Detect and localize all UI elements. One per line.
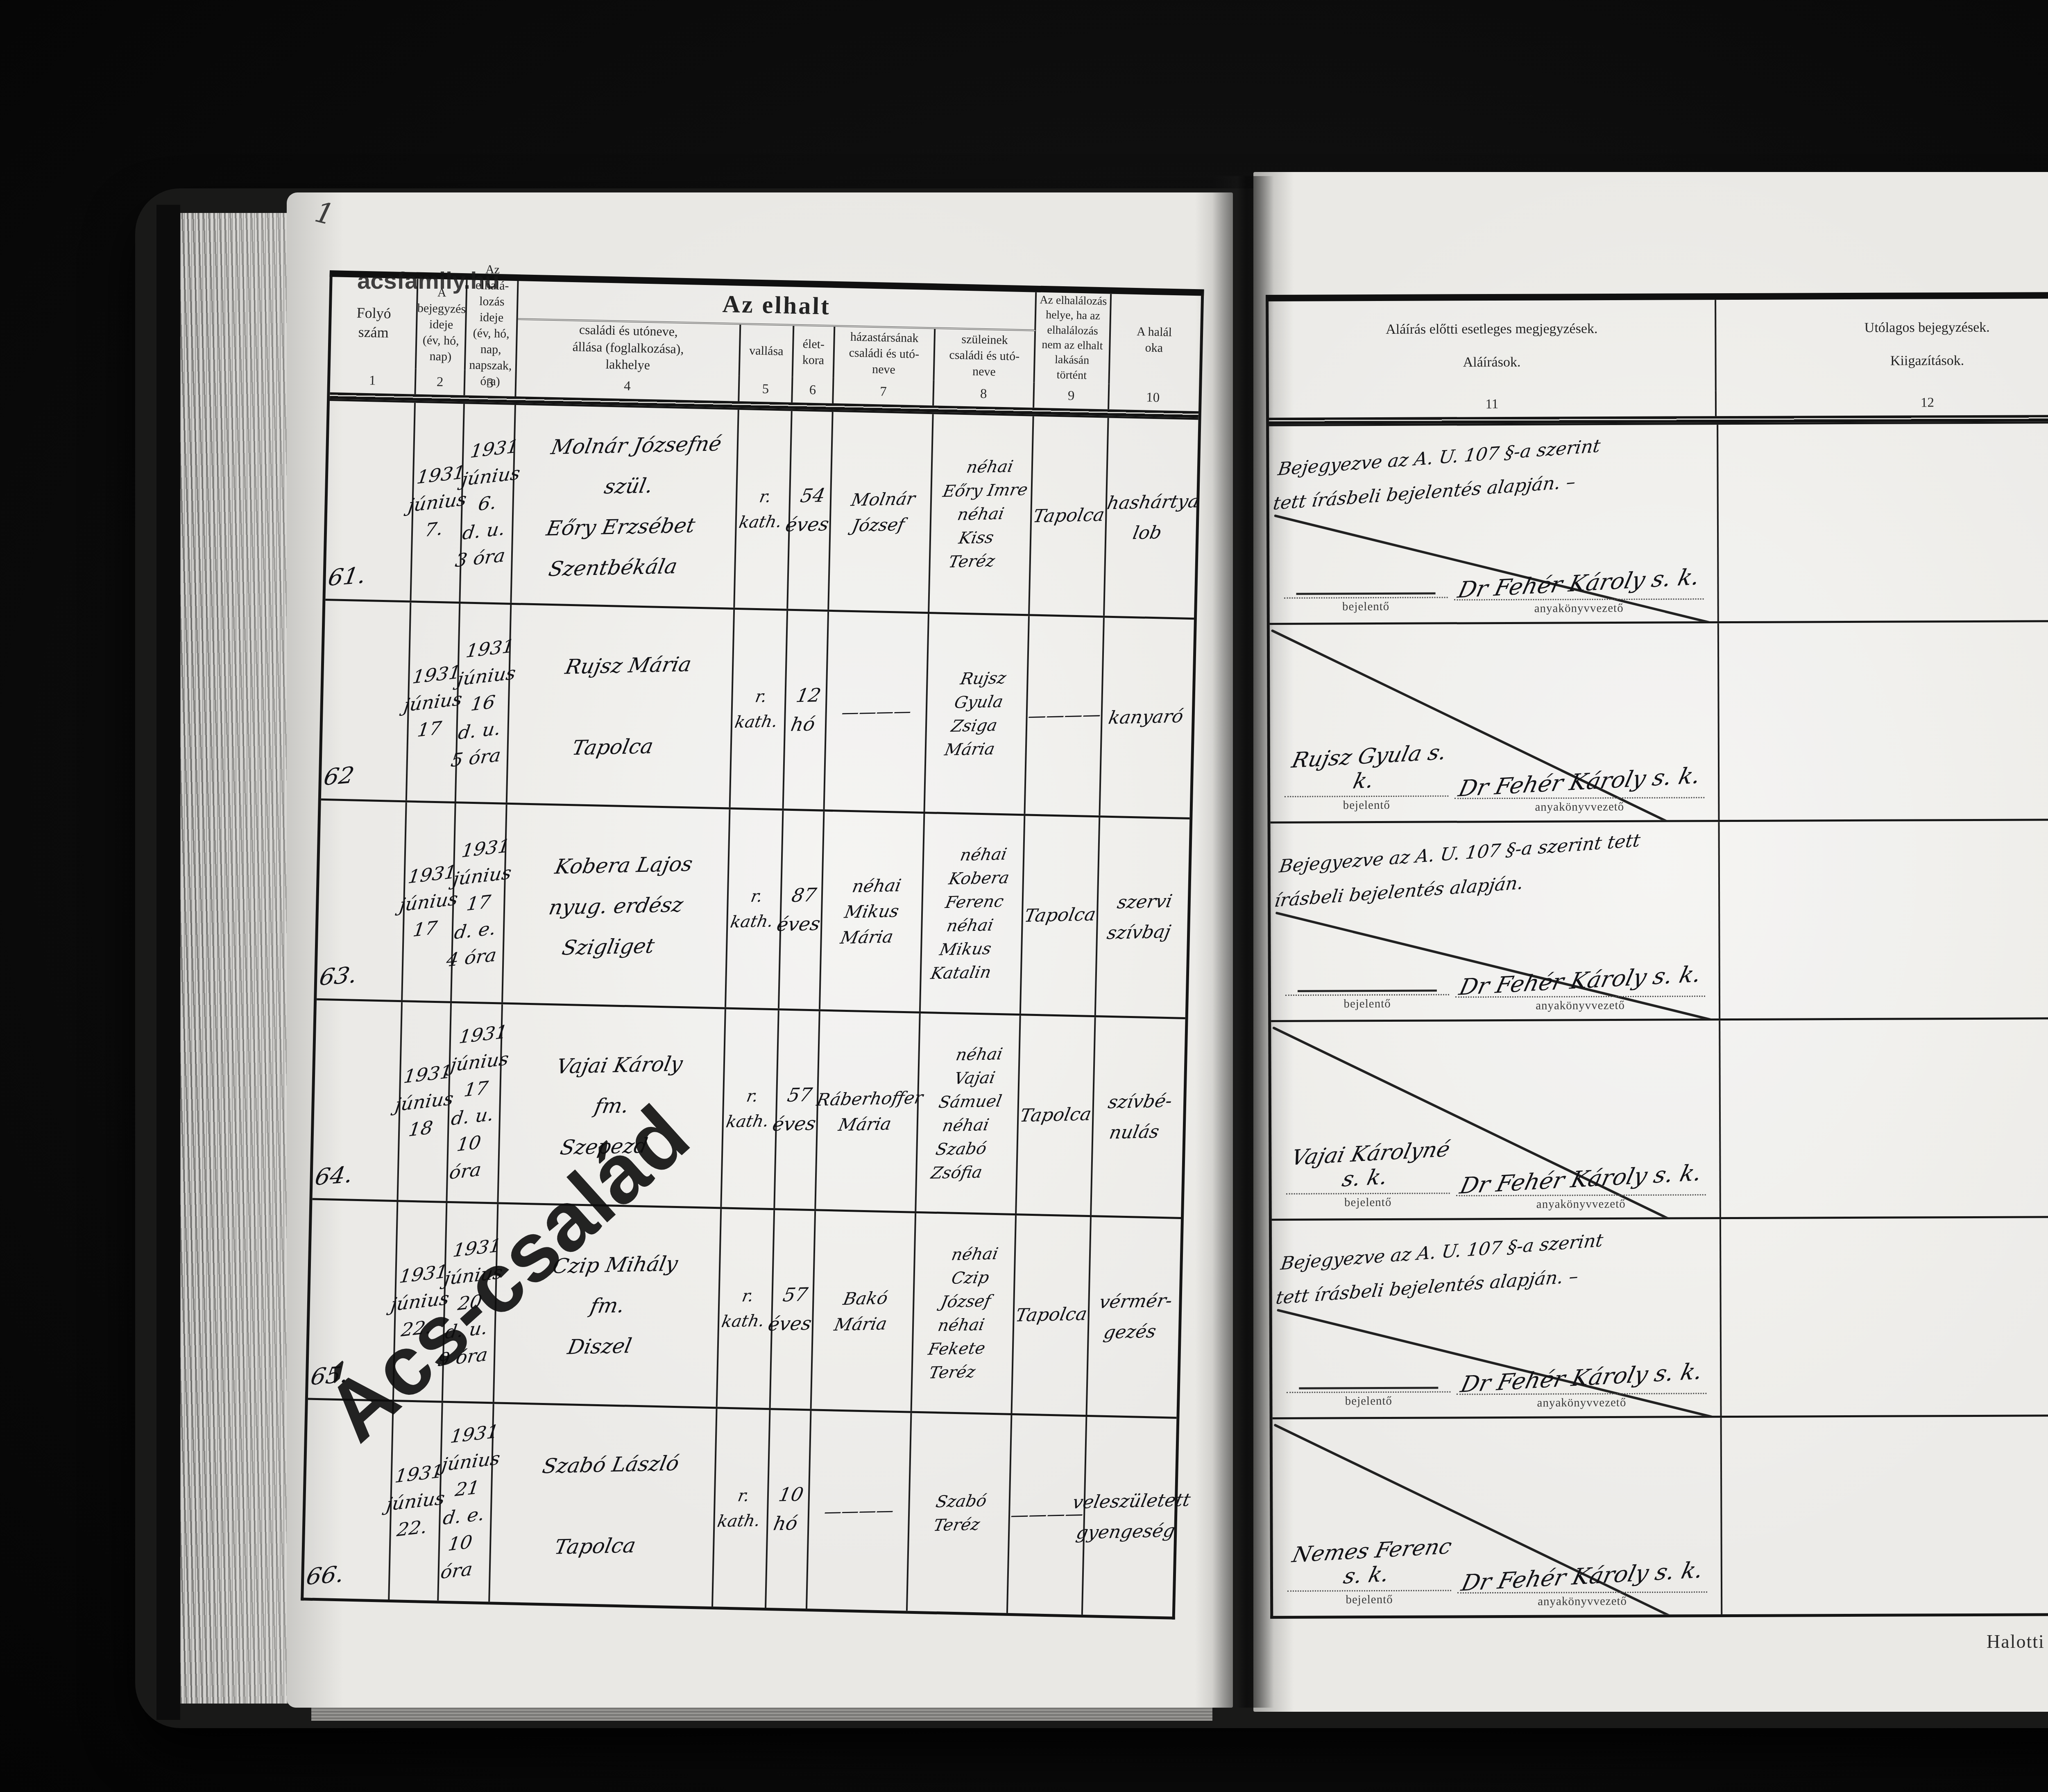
header-halal-oka: A halál oka — [1110, 294, 1198, 386]
handwritten-entry: néhai Kobera Ferenc néhai Mikus Katalin — [929, 842, 1016, 985]
left-page: Folyó szám A bejegyzés ideje (év, hó, na… — [287, 192, 1233, 1708]
registrar-signature: Dr Fehér Károly s. k. — [1457, 1159, 1704, 1199]
register-cell: Ráberhoffer Mária — [816, 1011, 920, 1211]
registrar-label: anyakönyvvezető — [1450, 800, 1708, 814]
register-cell: 87 éves — [779, 810, 825, 1009]
reporter-label: bejelentő — [1280, 798, 1452, 812]
registration-note: Bejegyezve az A. U. 107 §-a szerint tett… — [1273, 1219, 1706, 1315]
reporter-label: bejelentő — [1280, 600, 1452, 613]
handwritten-entry: 10 hó — [770, 1480, 806, 1539]
reporter-signature-block: Nemes Ferenc s. k.bejelentő — [1283, 1538, 1456, 1606]
header-alairasok: Aláírás előtti esetleges megjegyzések. A… — [1269, 300, 1717, 392]
book-type-caption: Halotti anyakönyv. — [1987, 1631, 2048, 1652]
registrar-label: anyakönyvvezető — [1453, 1594, 1711, 1609]
reporter-label: bejelentő — [1282, 1195, 1454, 1209]
signature-line — [1285, 994, 1449, 996]
column-label: A halál oka — [1135, 322, 1174, 358]
handwritten-entry: vérmér- gezés — [1091, 1286, 1175, 1349]
column-label: házastársának családi és utó- neve — [847, 327, 921, 380]
reporter-label: bejelentő — [1282, 1394, 1454, 1408]
registrar-label: anyakönyvvezető — [1452, 1396, 1710, 1410]
register-cell: kanyaró — [1100, 618, 1191, 817]
blank-signature-line — [1298, 990, 1437, 992]
registrar-label: anyakönyvvezető — [1452, 1197, 1710, 1211]
handwritten-entry: ———— — [839, 698, 914, 725]
column-number: 6 — [793, 377, 834, 403]
register-cell: néhai Kobera Ferenc néhai Mikus Katalin — [921, 814, 1025, 1014]
handwritten-entry: Tapolca — [1013, 1301, 1089, 1330]
reporter-signature: Vajai Károlyné s. k. — [1275, 1136, 1461, 1195]
registrar-signature-block: Dr Fehér Károly s. k.anyakönyvvezető — [1452, 1165, 1710, 1211]
reporter-signature-block: bejelentő — [1280, 592, 1452, 613]
handwritten-entry: 62 — [318, 758, 357, 800]
column-number: 12 — [1717, 389, 2048, 416]
register-row: 61.1931 június 7.1931 június 6. d. u. 3 … — [326, 399, 1198, 618]
column-number: 5 — [739, 376, 793, 403]
register-cell: r. kath. — [726, 810, 784, 1009]
registrar-label: anyakönyvvezető — [1450, 601, 1708, 615]
column-label: A bejegyzés ideje (év, hó, nap) — [415, 282, 468, 367]
handwritten-entry: Rujsz Mária Tapolca — [546, 644, 695, 769]
register-entries: 61.1931 június 7.1931 június 6. d. u. 3 … — [304, 399, 1198, 1617]
column-number: 10 — [1109, 384, 1196, 412]
handwritten-entry: Molnár Józsefné szül. Eőry Erzsébet Szen… — [524, 423, 725, 590]
register-cell: Szabó Teréz — [908, 1413, 1012, 1613]
header-hazastars: házastársának családi és utó- neve — [834, 327, 936, 380]
handwritten-entry: Tapolca — [1022, 901, 1098, 930]
handwritten-entry: néhai Vajai Sámuel néhai Szabó Zsófia — [923, 1042, 1013, 1185]
register-cell: r. kath. — [722, 1009, 779, 1208]
register-cell: r. kath. — [713, 1409, 771, 1608]
blank-signature-line — [1299, 1387, 1438, 1389]
corrections-cell-empty — [1722, 1416, 2048, 1615]
reporter-signature-block: bejelentő — [1281, 989, 1453, 1011]
handwritten-entry: Szabó Teréz — [929, 1489, 989, 1537]
corrections-cell-empty — [1719, 622, 2048, 820]
right-page: Aláírás előtti esetleges megjegyzések. A… — [1253, 172, 2048, 1712]
handwritten-entry: szívbé- nulás — [1100, 1086, 1175, 1148]
register-cell: 1931 június 17 d. e. 4 óra — [452, 803, 507, 1002]
column-number: 4 — [516, 371, 740, 401]
header-szulok: szüleinek családi és utó- neve — [934, 329, 1036, 382]
registrar-signature-block: Dr Fehér Károly s. k.anyakönyvvezető — [1450, 768, 1708, 814]
remarks-entries: Bejegyezve az A. U. 107 §-a szerint tett… — [1269, 421, 2048, 1616]
register-cell: Rujsz Gyula Zsiga Mária — [925, 614, 1030, 814]
death-register-table: Folyó szám A bejegyzés ideje (év, hó, na… — [301, 270, 1204, 1620]
handwritten-entry: r. kath. — [732, 683, 784, 735]
handwritten-entry: Molnár József — [844, 486, 917, 539]
remarks-row: Bejegyezve az A. U. 107 §-a szerint tett… — [1272, 1216, 2048, 1417]
column-number: 9 — [1034, 382, 1110, 410]
column-label: Az elhalálozás helye, ha az elhalálozás … — [1036, 291, 1109, 385]
column-number: 1 — [330, 367, 416, 394]
registrar-signature-block: Dr Fehér Károly s. k.anyakönyvvezető — [1450, 570, 1708, 615]
register-cell: Molnár Józsefné szül. Eőry Erzsébet Szen… — [512, 405, 739, 608]
handwritten-entry: kanyaró — [1106, 701, 1186, 733]
remarks-cell: Rujsz Gyula s. k.bejelentőDr Fehér Károl… — [1270, 623, 1720, 821]
register-cell: 1931 június 6. d. u. 3 óra — [460, 404, 516, 603]
reporter-label: bejelentő — [1283, 1593, 1455, 1606]
remarks-row: Bejegyezve az A. U. 107 §-a szerint tett… — [1270, 819, 2048, 1020]
register-cell: Tapolca — [1021, 816, 1100, 1015]
reporter-signature: Nemes Ferenc s. k. — [1276, 1534, 1462, 1592]
book-gutter-shadow — [1212, 176, 1274, 1708]
handwritten-entry: 54 éves — [783, 481, 837, 540]
remarks-cell: Vajai Károlyné s. k.bejelentőDr Fehér Ká… — [1271, 1020, 1721, 1219]
register-cell: Kobera Lajos nyug. erdész Szigliget — [503, 805, 730, 1007]
register-cell: Szabó László Tapolca — [490, 1404, 717, 1606]
handwritten-entry: Kobera Lajos nyug. erdész Szigliget — [536, 843, 696, 968]
handwritten-entry: r. kath. — [715, 1283, 777, 1334]
handwritten-entry: ———— — [822, 1497, 896, 1524]
column-label: Utólagos bejegyzések. Kiigazítások. — [1863, 318, 1991, 371]
registrar-signature: Dr Fehér Károly s. k. — [1456, 762, 1703, 801]
remarks-row: Vajai Károlyné s. k.bejelentőDr Fehér Ká… — [1271, 1017, 2048, 1219]
remarks-cell: Bejegyezve az A. U. 107 §-a szerint tett… — [1272, 1219, 1722, 1417]
register-cell: néhai Eőry Imre néhai Kiss Teréz — [929, 414, 1034, 614]
column-label: vallása — [748, 341, 785, 361]
column-number: 8 — [934, 380, 1035, 407]
left-table-header: Folyó szám A bejegyzés ideje (év, hó, na… — [330, 277, 1201, 411]
handwritten-entry: Rujsz Gyula Zsiga Mária — [942, 666, 1010, 761]
handwritten-entry: ———— — [1025, 701, 1103, 731]
remarks-row: Rujsz Gyula s. k.bejelentőDr Fehér Károl… — [1270, 620, 2048, 821]
register-cell: Tapolca — [1030, 416, 1109, 616]
column-number: 11 — [1269, 391, 1717, 418]
corrections-cell-empty — [1720, 821, 2048, 1019]
remarks-cell: Bejegyezve az A. U. 107 §-a szerint tett… — [1271, 822, 1721, 1020]
register-cell: r. kath. — [735, 410, 793, 609]
handwritten-entry: 66. — [300, 1557, 347, 1600]
registration-note: Bejegyezve az A. U. 107 §-a szerint tett… — [1271, 425, 1704, 520]
register-row: 63.1931 június 171931 június 17 d. e. 4 … — [317, 799, 1189, 1017]
reporter-signature: Rujsz Gyula s. k. — [1273, 739, 1459, 798]
reporter-label: bejelentő — [1281, 997, 1453, 1011]
register-row: 64.1931 június 181931 június 17 d. u. 10… — [313, 998, 1185, 1217]
column-number: 3 — [465, 370, 517, 396]
header-vallasa: vallása — [740, 325, 795, 377]
remarks-cell: Bejegyezve az A. U. 107 §-a szerint tett… — [1269, 425, 1719, 623]
registration-note: Bejegyezve az A. U. 107 §-a szerint tett… — [1272, 822, 1705, 918]
register-cell: Tapolca — [1017, 1016, 1096, 1215]
book-spine-edge — [156, 205, 180, 1720]
corrections-cell-empty — [1720, 1019, 2048, 1217]
signature-line — [1284, 597, 1448, 598]
register-cell: ———— — [1025, 616, 1104, 815]
register-cell: 57 éves — [771, 1210, 816, 1409]
register-cell: r. kath. — [731, 610, 788, 809]
register-cell: 62 — [321, 601, 411, 800]
page-bottom-edge — [311, 1707, 1212, 1721]
handwritten-entry: Ráberhoffer Mária — [810, 1084, 926, 1138]
handwritten-entry: r. kath. — [724, 1083, 776, 1135]
register-cell: néhai Czip József néhai Fekete Teréz — [912, 1213, 1017, 1413]
header-nev-allas-lakhely: családi és utóneve, állása (foglalkozása… — [517, 320, 741, 376]
handwritten-entry: 87 éves — [774, 880, 828, 939]
registrar-signature: Dr Fehér Károly s. k. — [1459, 1557, 1706, 1596]
register-cell: 1931 június 16 d. u. 5 óra — [456, 604, 512, 803]
register-cell: néhai Mikus Mária — [820, 812, 925, 1011]
column-label: családi és utóneve, állása (foglalkozása… — [570, 319, 686, 376]
register-cell: 61. — [326, 401, 416, 600]
register-cell: 63. — [317, 801, 407, 1000]
handwritten-entry: Tapolca — [1017, 1101, 1094, 1130]
handwritten-entry: 12 hó — [788, 681, 823, 740]
register-cell: szervi szívbaj — [1096, 817, 1187, 1017]
handwritten-entry: szervi szívbaj — [1104, 886, 1179, 948]
register-cell: ———— — [825, 612, 929, 812]
right-table-header: Aláírás előtti esetleges megjegyzések. A… — [1269, 299, 2048, 418]
column-label: szüleinek családi és utó- neve — [947, 329, 1022, 382]
register-cell: 64. — [313, 1000, 403, 1200]
corrections-cell-empty — [1718, 423, 2048, 622]
handwritten-entry: Szabó László Tapolca — [523, 1443, 683, 1568]
handwritten-entry: r. kath. — [728, 883, 780, 935]
corrections-cell-empty — [1721, 1218, 2048, 1416]
signature-line — [1287, 1391, 1450, 1393]
reporter-signature-block: bejelentő — [1282, 1387, 1454, 1408]
handwritten-entry: hashártya lob — [1099, 486, 1202, 550]
register-cell: néhai Vajai Sámuel néhai Szabó Zsófia — [916, 1014, 1021, 1213]
site-watermark: acsfamily.hu — [357, 267, 499, 294]
remarks-row: Bejegyezve az A. U. 107 §-a szerint tett… — [1269, 421, 2048, 623]
registrar-signature-block: Dr Fehér Károly s. k.anyakönyvvezető — [1451, 967, 1709, 1013]
registrar-signature-block: Dr Fehér Károly s. k.anyakönyvvezető — [1453, 1563, 1711, 1609]
register-cell: Molnár József — [829, 412, 933, 612]
handwritten-entry: veleszületett gyengeség — [1064, 1485, 1193, 1548]
handwritten-entry: néhai Mikus Mária — [838, 872, 906, 950]
header-eletkora: élet- kora — [793, 326, 836, 378]
handwritten-entry: Tapolca — [1031, 501, 1107, 531]
register-row: 621931 június 171931 június 16 d. u. 5 ó… — [321, 599, 1194, 817]
column-number: 7 — [834, 378, 934, 405]
register-cell: 1931 június 21 d. e. 10 óra — [439, 1403, 494, 1602]
blank-signature-line — [1296, 593, 1436, 595]
handwritten-entry: néhai Eőry Imre néhai Kiss Teréz — [927, 454, 1034, 574]
register-cell: 54 éves — [788, 411, 834, 610]
header-elhalalozas-helye: Az elhalálozás helye, ha az elhalálozás … — [1035, 292, 1112, 384]
handwritten-entry: 61. — [322, 558, 368, 601]
column-number: 2 — [416, 369, 465, 396]
scanned-register-photo: Folyó szám A bejegyzés ideje (év, hó, na… — [0, 0, 2048, 1792]
remarks-table: Aláírás előtti esetleges megjegyzések. A… — [1266, 292, 2048, 1619]
remarks-cell: Nemes Ferenc s. k.bejelentőDr Fehér Káro… — [1273, 1418, 1723, 1616]
registrar-label: anyakönyvvezető — [1451, 998, 1709, 1013]
header-utolagos-bejegyzesek: Utólagos bejegyzések. Kiigazítások. — [1716, 299, 2048, 391]
register-cell: ———— — [807, 1411, 912, 1611]
reporter-signature-block: Vajai Károlyné s. k.bejelentő — [1282, 1141, 1454, 1209]
handwritten-entry: r. kath. — [732, 484, 794, 535]
register-cell: Rujsz Mária Tapolca — [507, 605, 735, 808]
column-label: Folyó szám — [354, 302, 393, 344]
register-cell: Bakó Mária — [812, 1211, 916, 1411]
register-cell: hashártya lob — [1105, 418, 1196, 618]
handwritten-entry: néhai Czip József néhai Fekete Teréz — [922, 1242, 1005, 1385]
register-cell: 12 hó — [784, 611, 829, 810]
handwritten-entry: 64. — [309, 1157, 356, 1200]
column-label: Aláírás előtti esetleges megjegyzések. A… — [1384, 319, 1599, 373]
handwritten-entry: Bakó Mária — [832, 1285, 894, 1337]
register-cell: 1931 június 17 d. u. 10 óra — [447, 1003, 503, 1202]
handwritten-entry: r. kath. — [715, 1482, 767, 1534]
register-cell: vérmér- gezés — [1087, 1217, 1178, 1417]
register-cell: 10 hó — [766, 1410, 812, 1609]
remarks-row: Nemes Ferenc s. k.bejelentőDr Fehér Káro… — [1273, 1414, 2048, 1616]
handwritten-entry: 57 éves — [766, 1280, 820, 1339]
handwritten-entry: 63. — [313, 958, 360, 1000]
register-cell: 57 éves — [775, 1010, 820, 1209]
register-row: 66.1931 június 22.1931 június 21 d. e. 1… — [304, 1398, 1176, 1616]
registrar-signature-block: Dr Fehér Károly s. k.anyakönyvvezető — [1452, 1364, 1710, 1410]
reporter-signature-block: Rujsz Gyula s. k.bejelentő — [1280, 744, 1453, 812]
register-cell: veleszületett gyengeség — [1083, 1417, 1174, 1617]
register-cell: szívbé- nulás — [1092, 1017, 1183, 1217]
column-label: élet- kora — [800, 334, 826, 370]
register-cell: r. kath. — [718, 1209, 775, 1408]
register-cell: Tapolca — [1013, 1215, 1092, 1415]
